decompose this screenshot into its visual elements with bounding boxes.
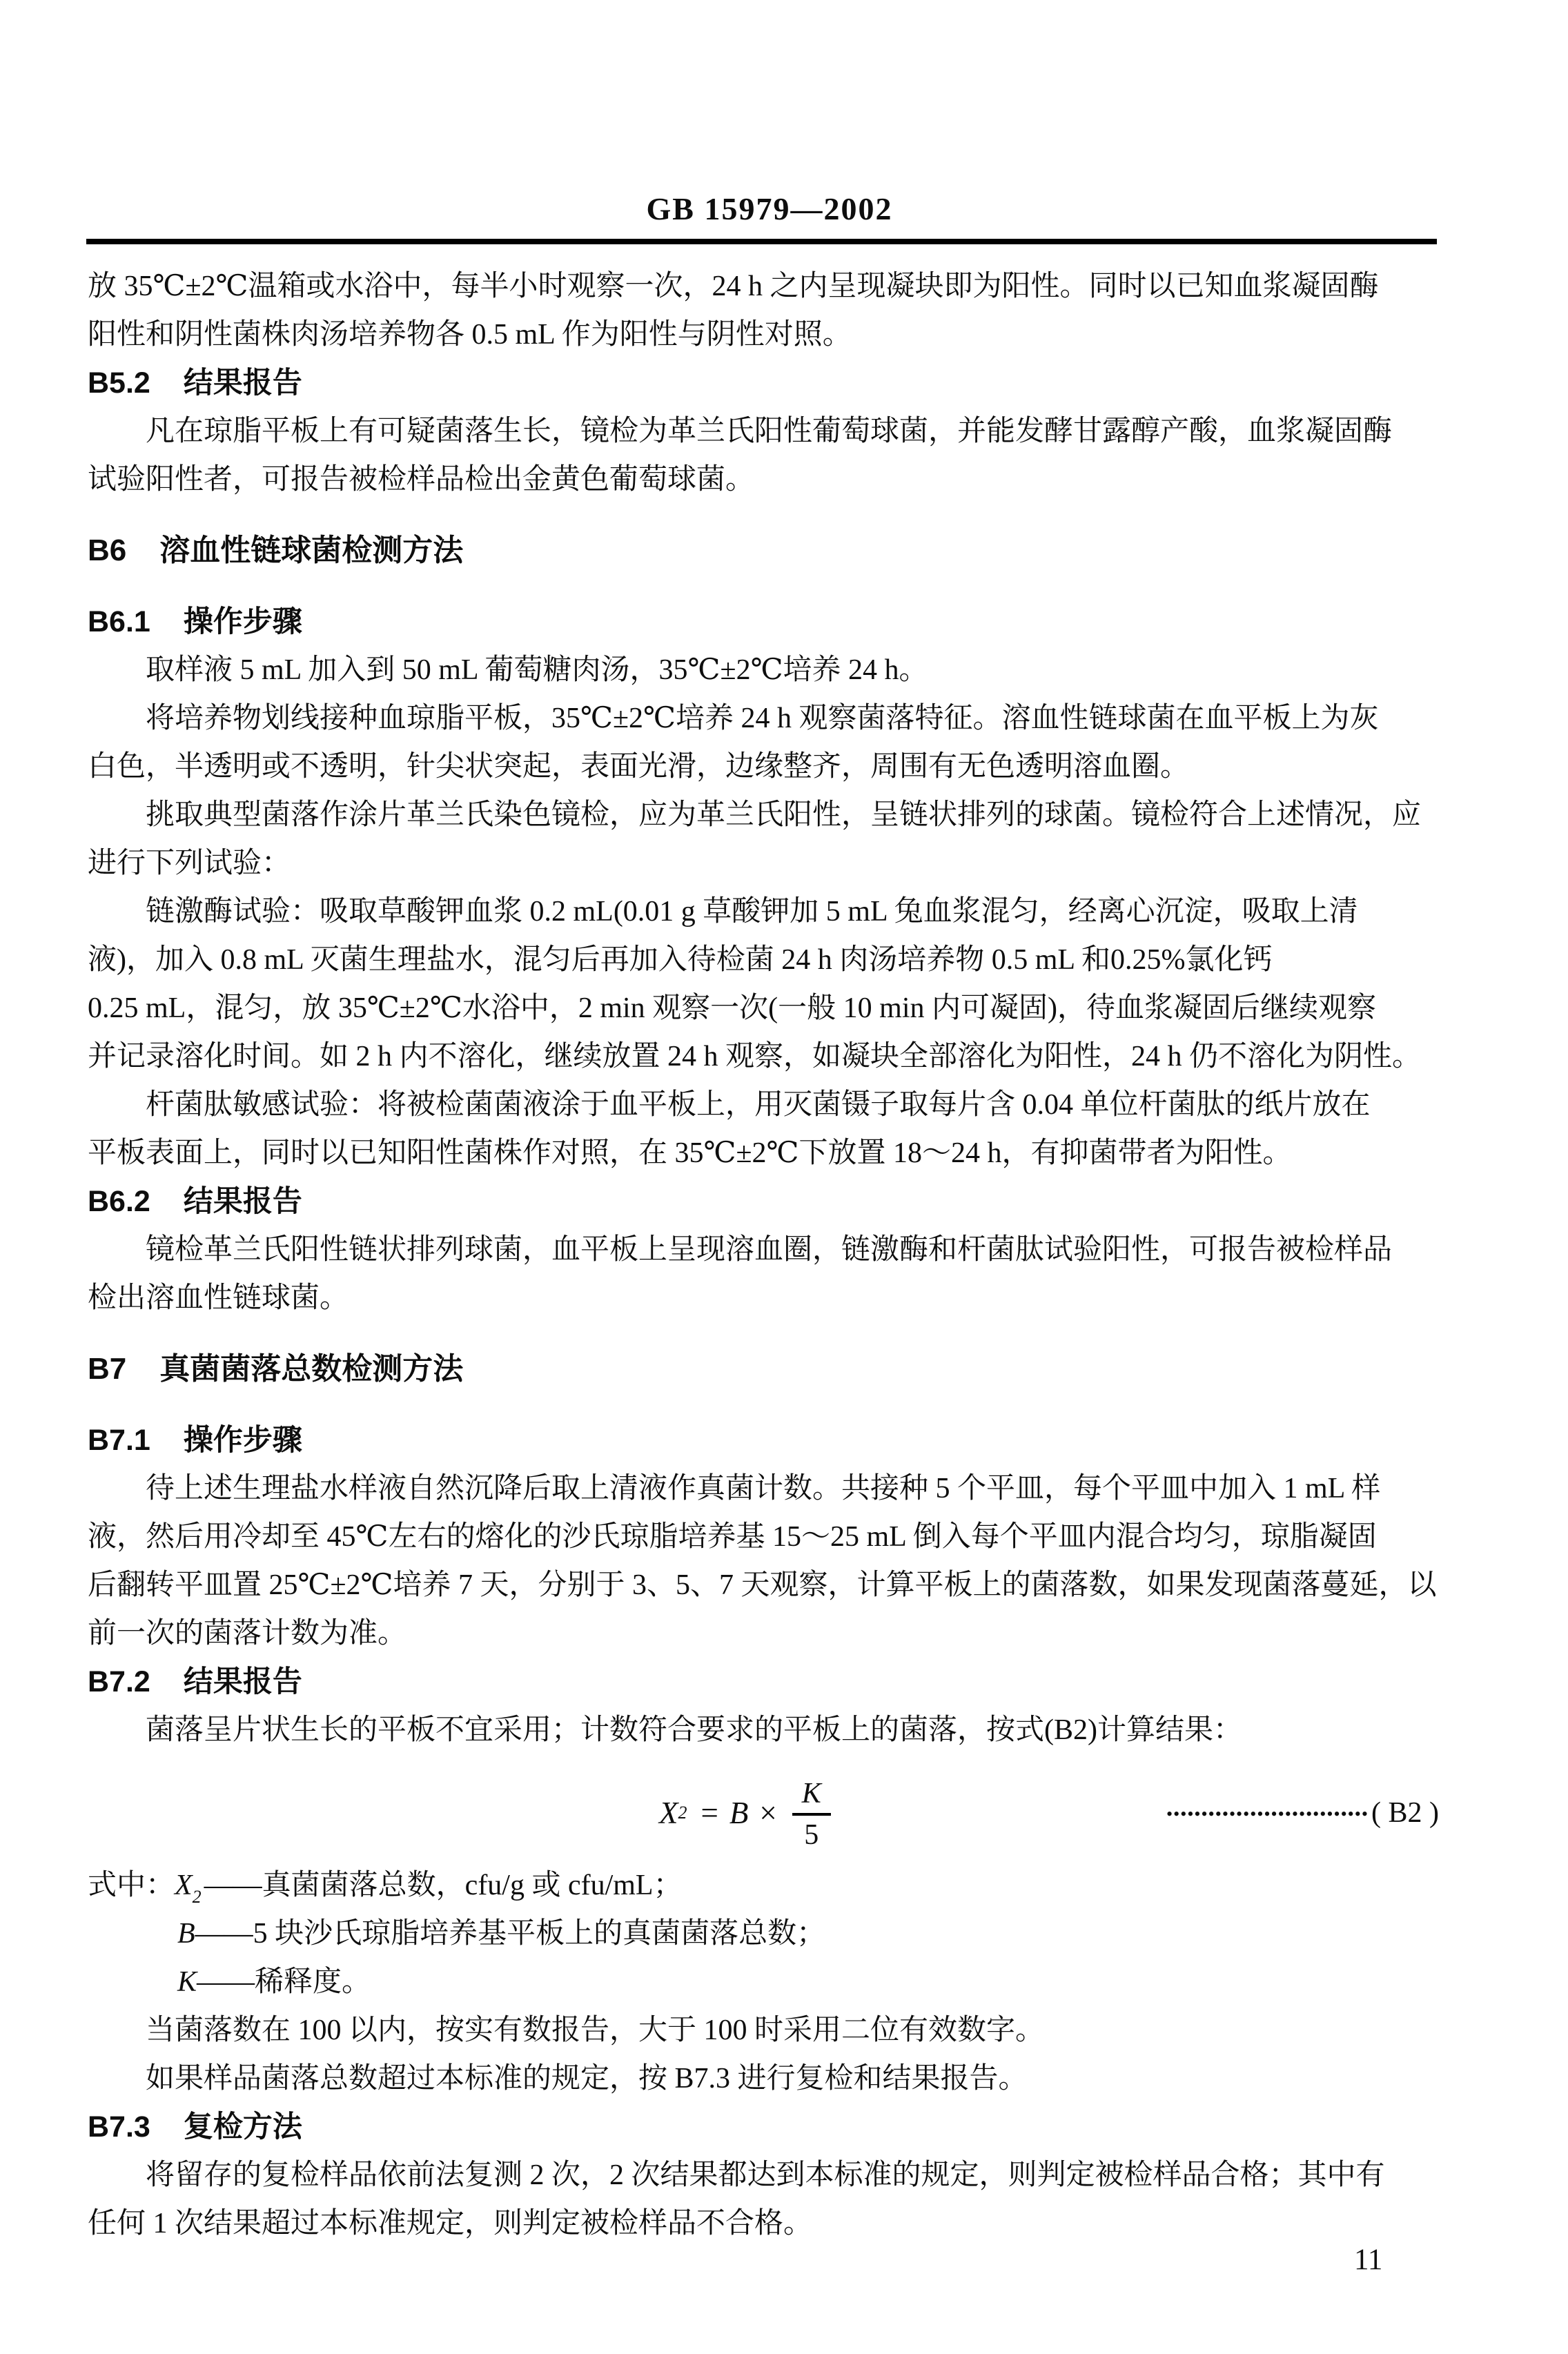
page-number: 11 — [1354, 2243, 1382, 2277]
paragraph-line: 检出溶血性链球菌。 — [88, 1274, 1439, 1322]
heading-number: B7.3 — [88, 2103, 150, 2151]
multiplication-sign: × — [759, 1795, 776, 1831]
paragraph-line: 待上述生理盐水样液自然沉降后取上清液作真菌计数。共接种 5 个平皿，每个平皿中加… — [88, 1464, 1439, 1513]
fraction-numerator: K — [792, 1778, 831, 1816]
definition-text: ——稀释度。 — [197, 1966, 371, 1998]
paragraph-line: 凡在琼脂平板上有可疑菌落生长，镜检为革兰氏阳性葡萄球菌，并能发酵甘露醇产酸，血浆… — [88, 407, 1439, 455]
equals-sign: = — [701, 1795, 718, 1831]
section-heading: B6溶血性链球菌检测方法 — [88, 527, 1439, 575]
paragraph-line: 杆菌肽敏感试验：将被检菌菌液涂于血平板上，用灭菌镊子取每片含 0.04 单位杆菌… — [88, 1081, 1439, 1129]
heading-number: B6 — [88, 527, 126, 575]
formula-lhs-subscript: 2 — [678, 1803, 687, 1823]
heading-number: B7.1 — [88, 1416, 150, 1464]
paragraph-line: 前一次的菌落计数为准。 — [88, 1609, 1439, 1658]
paragraph-line: 进行下列试验： — [88, 839, 1439, 887]
paragraph-line: 试验阳性者，可报告被检样品检出金黄色葡萄球菌。 — [88, 455, 1439, 504]
paragraph-line: 镜检革兰氏阳性链状排列球菌，血平板上呈现溶血圈，链激酶和杆菌肽试验阳性，可报告被… — [88, 1226, 1439, 1274]
paragraph-line: 液，然后用冷却至 45℃左右的熔化的沙氏琼脂培养基 15～25 mL 倒入每个平… — [88, 1513, 1439, 1561]
subsection-heading: B7.3复检方法 — [88, 2103, 1439, 2151]
definition-line: B——5 块沙氏琼脂培养基平板上的真菌菌落总数； — [88, 1910, 1439, 1958]
equation-label: ( B2 ) — [1371, 1796, 1439, 1830]
paragraph-line: 菌落呈片状生长的平板不宜采用；计数符合要求的平板上的菌落，按式(B2)计算结果： — [88, 1706, 1439, 1754]
variable-symbol: X — [175, 1870, 193, 1901]
heading-title: 溶血性链球菌检测方法 — [159, 527, 463, 575]
document-page: GB 15979—2002 放 35℃±2℃温箱或水浴中，每半小时观察一次，24… — [0, 0, 1568, 2354]
heading-title: 操作步骤 — [184, 1416, 302, 1464]
heading-title: 结果报告 — [184, 1658, 302, 1706]
page-body: 放 35℃±2℃温箱或水浴中，每半小时观察一次，24 h 之内呈现凝块即为阳性。… — [88, 262, 1439, 2248]
heading-number: B6.1 — [88, 598, 150, 646]
standard-code-header: GB 15979—2002 — [0, 190, 1539, 227]
formula-lhs-variable: X — [659, 1795, 678, 1831]
paragraph-line: 后翻转平皿置 25℃±2℃培养 7 天，分别于 3、5、7 天观察，计算平板上的… — [88, 1561, 1439, 1609]
paragraph-line: 并记录溶化时间。如 2 h 内不溶化，继续放置 24 h 观察，如凝块全部溶化为… — [88, 1032, 1439, 1081]
dotted-leader: ••••••••••••••••••••••••••••• — [1166, 1804, 1369, 1825]
subsection-heading: B6.2结果报告 — [88, 1177, 1439, 1226]
subsection-heading: B7.2结果报告 — [88, 1658, 1439, 1706]
formula-expression: X2=B×K5 — [659, 1777, 831, 1849]
definition-text: 式中： — [88, 1870, 175, 1901]
paragraph-line: 将培养物划线接种血琼脂平板，35℃±2℃培养 24 h 观察菌落特征。溶血性链球… — [88, 694, 1439, 743]
definition-line: 式中：X2——真菌菌落总数，cfu/g 或 cfu/mL； — [88, 1861, 1439, 1910]
heading-title: 真菌菌落总数检测方法 — [159, 1345, 463, 1393]
fraction: K5 — [792, 1778, 831, 1850]
heading-title: 操作步骤 — [184, 598, 302, 646]
heading-title: 结果报告 — [184, 359, 302, 407]
heading-title: 复检方法 — [184, 2103, 302, 2151]
heading-title: 结果报告 — [184, 1177, 302, 1226]
definition-line: K——稀释度。 — [88, 1958, 1439, 2006]
section-heading: B7真菌菌落总数检测方法 — [88, 1345, 1439, 1393]
definition-text: ——真菌菌落总数，cfu/g 或 cfu/mL； — [204, 1870, 683, 1901]
variable-subscript: 2 — [193, 1887, 202, 1907]
formula-variable-b: B — [729, 1795, 749, 1831]
paragraph-line: 挑取典型菌落作涂片革兰氏染色镜检，应为革兰氏阳性，呈链状排列的球菌。镜检符合上述… — [88, 791, 1439, 839]
heading-number: B7.2 — [88, 1658, 150, 1706]
paragraph-line: 阳性和阴性菌株肉汤培养物各 0.5 mL 作为阳性与阴性对照。 — [88, 311, 1439, 359]
paragraph-line: 白色，半透明或不透明，针尖状突起，表面光滑，边缘整齐，周围有无色透明溶血圈。 — [88, 743, 1439, 791]
paragraph-line: 将留存的复检样品依前法复测 2 次，2 次结果都达到本标准的规定，则判定被检样品… — [88, 2151, 1439, 2199]
subsection-heading: B6.1操作步骤 — [88, 598, 1439, 646]
paragraph-line: 液)，加入 0.8 mL 灭菌生理盐水，混匀后再加入待检菌 24 h 肉汤培养物… — [88, 936, 1439, 984]
definition-text: ——5 块沙氏琼脂培养基平板上的真菌菌落总数； — [195, 1918, 826, 1950]
paragraph-line: 任何 1 次结果超过本标准规定，则判定被检样品不合格。 — [88, 2199, 1439, 2248]
heading-number: B5.2 — [88, 359, 150, 407]
formula-row: X2=B×K5•••••••••••••••••••••••••••••( B2… — [88, 1765, 1439, 1861]
fraction-denominator: 5 — [804, 1816, 819, 1850]
subsection-heading: B7.1操作步骤 — [88, 1416, 1439, 1464]
paragraph-line: 0.25 mL，混匀，放 35℃±2℃水浴中，2 min 观察一次(一般 10 … — [88, 984, 1439, 1032]
paragraph-line: 如果样品菌落总数超过本标准的规定，按 B7.3 进行复检和结果报告。 — [88, 2054, 1439, 2103]
subsection-heading: B5.2结果报告 — [88, 359, 1439, 407]
paragraph-line: 当菌落数在 100 以内，按实有数报告，大于 100 时采用二位有效数字。 — [88, 2006, 1439, 2054]
paragraph-line: 取样液 5 mL 加入到 50 mL 葡萄糖肉汤，35℃±2℃培养 24 h。 — [88, 646, 1439, 694]
heading-number: B6.2 — [88, 1177, 150, 1226]
variable-symbol: B — [177, 1918, 195, 1950]
header-rule — [86, 239, 1437, 244]
variable-symbol: K — [177, 1966, 197, 1998]
paragraph-line: 链激酶试验：吸取草酸钾血浆 0.2 mL(0.01 g 草酸钾加 5 mL 兔血… — [88, 887, 1439, 936]
paragraph-line: 平板表面上，同时以已知阳性菌株作对照，在 35℃±2℃下放置 18～24 h，有… — [88, 1129, 1439, 1177]
paragraph-line: 放 35℃±2℃温箱或水浴中，每半小时观察一次，24 h 之内呈现凝块即为阳性。… — [88, 262, 1439, 311]
heading-number: B7 — [88, 1345, 126, 1393]
